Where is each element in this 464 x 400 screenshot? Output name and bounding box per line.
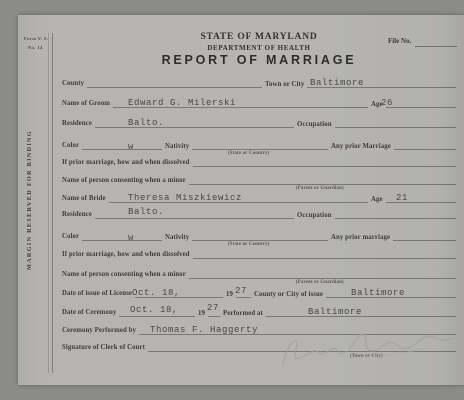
binding-rule bbox=[52, 33, 53, 373]
form-number-print-line2: No. 14 bbox=[28, 45, 43, 50]
ceremony-date-label: Date of Ceremony bbox=[62, 310, 119, 317]
bride-name-label: Name of Bride bbox=[62, 196, 109, 203]
form-number-print-line1: Form V. S. bbox=[24, 36, 48, 41]
license-label: Date of issue of License bbox=[62, 291, 135, 298]
typed-license-date: Oct. 18, bbox=[132, 289, 180, 298]
typed-groom-age: 26 bbox=[381, 99, 393, 108]
county-label: County bbox=[62, 81, 87, 88]
clerk-signature-handwriting bbox=[276, 324, 458, 368]
bride-dissolved-label: If prior marriage, how and when dissolve… bbox=[62, 252, 193, 259]
typed-license-issue-place: Baltimore bbox=[351, 289, 405, 298]
form-row-ceremony-date: Date of Ceremony Oct. 18, 19 27 Performe… bbox=[62, 304, 456, 317]
groom-dissolved-label: If prior marriage, how and when dissolve… bbox=[62, 160, 193, 167]
groom-color-label: Color bbox=[62, 143, 82, 150]
file-no-label: File No. bbox=[388, 37, 411, 45]
binding-margin-label: MARGIN RESERVED FOR BINDING bbox=[26, 134, 37, 270]
blank-line bbox=[82, 227, 456, 241]
bride-nativity-label: Nativity bbox=[162, 235, 192, 242]
typed-ceremony-date: Oct. 18, bbox=[130, 306, 178, 315]
typed-performed-at: Baltimore bbox=[308, 308, 362, 317]
clerk-signature-label: Signature of Clerk of Court bbox=[62, 345, 148, 352]
form-row-groom-color: Color w Nativity Any prior Marriage bbox=[62, 137, 456, 150]
license-issue-label: County or City of issue bbox=[251, 292, 326, 299]
blank-line bbox=[193, 153, 456, 167]
scanned-document: MARGIN RESERVED FOR BINDING Form V. S. N… bbox=[0, 0, 464, 400]
form-row-license: Date of issue of License Oct. 18, 19 27 … bbox=[62, 285, 456, 298]
typed-groom-residence: Balto. bbox=[128, 119, 164, 128]
typed-performer-name: Thomas F. Haggerty bbox=[150, 326, 258, 335]
groom-prior-marriage-label: Any prior Marriage bbox=[328, 144, 394, 151]
typed-bride-residence: Balto. bbox=[128, 208, 164, 217]
bride-prior-marriage-label: Any prior marriage bbox=[328, 235, 393, 242]
blank-line bbox=[82, 136, 456, 150]
blank-line bbox=[189, 265, 456, 279]
blank-line bbox=[189, 171, 456, 185]
department-heading: DEPARTMENT OF HEALTH bbox=[62, 44, 456, 52]
form-row-bride-residence: Residence Balto. Occupation bbox=[62, 206, 456, 219]
performed-by-label: Ceremony Performed by bbox=[62, 328, 139, 335]
groom-consent-label: Name of person consenting when a minor bbox=[62, 178, 189, 185]
form-row-bride-name: Name of Bride Theresa Miszkiewicz Age 21 bbox=[62, 190, 456, 203]
form-row-groom-dissolved: If prior marriage, how and when dissolve… bbox=[62, 154, 456, 167]
form-row-groom-consent: Name of person consenting when a minor bbox=[62, 172, 456, 185]
groom-nativity-label: Nativity bbox=[162, 144, 192, 151]
typed-bride-name: Theresa Miszkiewicz bbox=[128, 194, 242, 203]
form-title: REPORT OF MARRIAGE bbox=[62, 53, 456, 67]
file-no-blank-line bbox=[415, 46, 457, 47]
typed-bride-age: 21 bbox=[396, 194, 408, 203]
performed-at-label: Performed at bbox=[220, 311, 266, 318]
bride-occupation-label: Occupation bbox=[294, 213, 335, 220]
blank-line bbox=[193, 245, 456, 259]
groom-occupation-label: Occupation bbox=[294, 122, 335, 129]
bride-residence-label: Residence bbox=[62, 212, 95, 219]
typed-groom-name: Edward G. Milerski bbox=[128, 99, 236, 108]
bride-age-label: Age bbox=[368, 197, 386, 204]
form-row-bride-dissolved: If prior marriage, how and when dissolve… bbox=[62, 246, 456, 259]
form-row-bride-color: Color w Nativity Any prior marriage bbox=[62, 228, 456, 241]
typed-town-value: Baltimore bbox=[310, 79, 364, 88]
form-row-groom-residence: Residence Balto. Occupation bbox=[62, 115, 456, 128]
groom-name-label: Name of Groom bbox=[62, 101, 113, 108]
bride-consent-label: Name of person consenting when a minor bbox=[62, 272, 189, 279]
groom-residence-label: Residence bbox=[62, 121, 95, 128]
typed-license-year: 27 bbox=[235, 287, 247, 296]
typed-bride-color: w bbox=[128, 234, 134, 243]
bride-color-label: Color bbox=[62, 234, 82, 241]
binding-rule-inner bbox=[48, 33, 49, 373]
form-row-bride-consent: Name of person consenting when a minor bbox=[62, 266, 456, 279]
typed-groom-color: w bbox=[128, 143, 134, 152]
form-row-county: County Town or City Baltimore bbox=[62, 75, 456, 88]
town-or-city-label: Town or City bbox=[262, 82, 307, 89]
typed-ceremony-year: 27 bbox=[207, 304, 219, 313]
form-row-groom-name: Name of Groom Edward G. Milerski Age 26 bbox=[62, 95, 456, 108]
